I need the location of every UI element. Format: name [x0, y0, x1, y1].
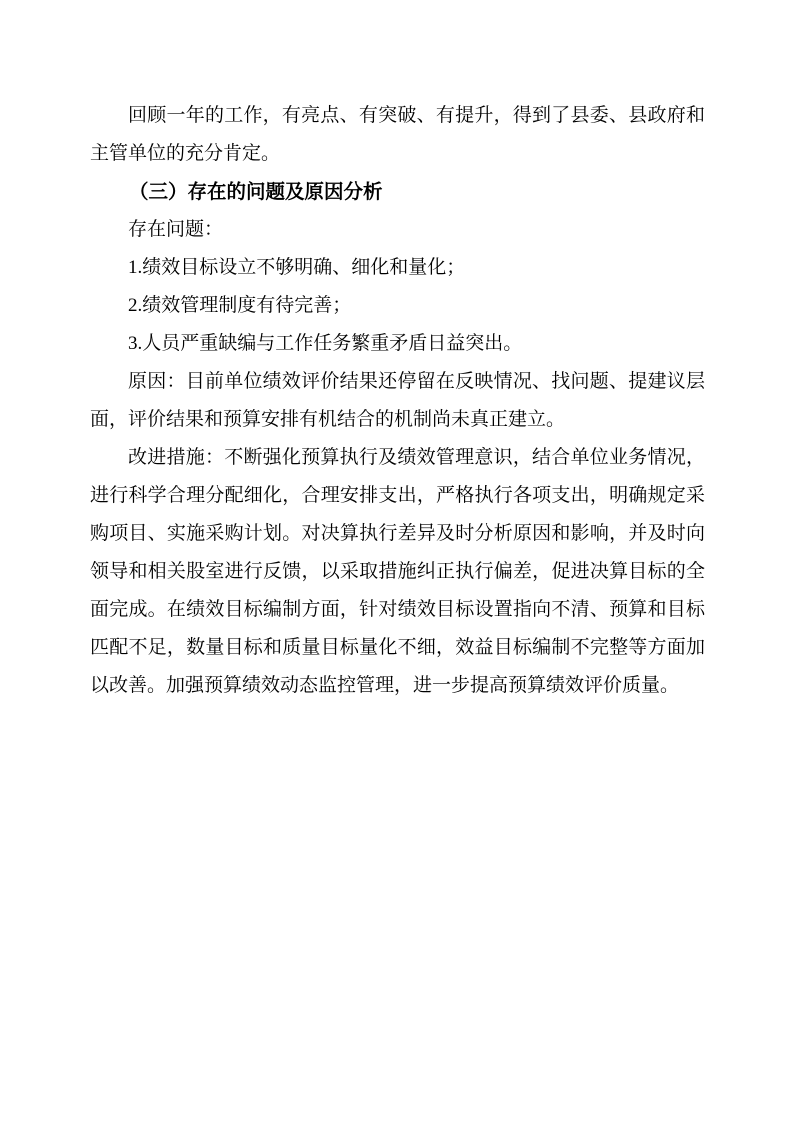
list-item-problem-2: 2.绩效管理制度有待完善；	[90, 287, 705, 325]
paragraph-improvement-measures: 改进措施：不断强化预算执行及绩效管理意识，结合单位业务情况，进行科学合理分配细化…	[90, 439, 705, 705]
list-item-problem-1: 1.绩效目标设立不够明确、细化和量化；	[90, 249, 705, 287]
paragraph-problems-label: 存在问题：	[90, 211, 705, 249]
document-page: 回顾一年的工作，有亮点、有突破、有提升，得到了县委、县政府和主管单位的充分肯定。…	[0, 0, 793, 1122]
section-heading-problems-and-causes: （三）存在的问题及原因分析	[90, 173, 705, 211]
paragraph-review-summary: 回顾一年的工作，有亮点、有突破、有提升，得到了县委、县政府和主管单位的充分肯定。	[90, 97, 705, 173]
list-item-problem-3: 3.人员严重缺编与工作任务繁重矛盾日益突出。	[90, 325, 705, 363]
paragraph-cause-analysis: 原因：目前单位绩效评价结果还停留在反映情况、找问题、提建议层面，评价结果和预算安…	[90, 363, 705, 439]
